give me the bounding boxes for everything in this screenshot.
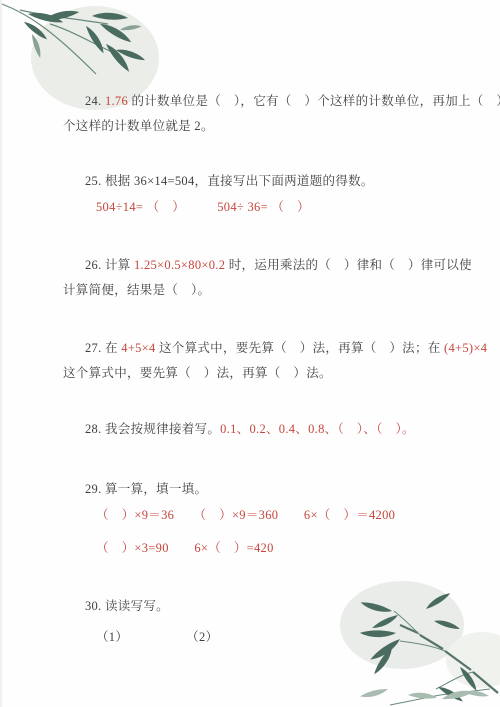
question-30-subitem-1: （1） bbox=[96, 630, 128, 644]
question-26-line-1: 26. 计算 1.25×0.5×80×0.2 时，运用乘法的（ ）律和（ ）律可… bbox=[85, 256, 472, 274]
page-edge-shadow bbox=[0, 0, 2, 707]
question-30-subitem-2: （2） bbox=[186, 628, 218, 646]
question-24-line-1: 24. 1.76 的计数单位是（ ），它有（ ）个这样的计数单位，再加上（ ） bbox=[85, 92, 500, 110]
bamboo-decoration-top-left bbox=[0, 0, 180, 130]
question-25-answer-blanks: 504÷14= （ ） 504÷ 36= （ ） bbox=[96, 198, 310, 216]
worksheet-page: 24. 1.76 的计数单位是（ ），它有（ ）个这样的计数单位，再加上（ ） … bbox=[0, 0, 500, 707]
question-28-line-1: 28. 我会按规律接着写。0.1、0.2、0.4、0.8、（ ）、（ ）。 bbox=[85, 420, 415, 438]
bamboo-leaves-faded bbox=[359, 688, 489, 701]
question-29-equations-row-2: （ ）×3=90 6×（ ）=420 bbox=[96, 539, 274, 557]
question-24-highlight: 1.76 bbox=[105, 94, 128, 108]
bamboo-leaves bbox=[360, 591, 479, 704]
question-24-line-2: 个这样的计数单位就是 2。 bbox=[63, 117, 214, 135]
question-24-number: 24. bbox=[85, 94, 105, 108]
question-27-line-1: 27. 在 4+5×4 这个算式中，要先算（ ）法，再算（ ）法；在 (4+5)… bbox=[85, 339, 487, 357]
question-29-line-1: 29. 算一算，填一填。 bbox=[85, 480, 207, 498]
question-28-sequence: 0.1、0.2、0.4、0.8、（ ）、（ ）。 bbox=[220, 422, 415, 436]
question-30-line-1: 30. 读读写写。 bbox=[85, 597, 169, 615]
ink-wash-blob-faint bbox=[446, 632, 500, 688]
question-26-highlight: 1.25×0.5×80×0.2 bbox=[134, 258, 225, 272]
question-26-line-2: 计算简便，结果是（ ）。 bbox=[63, 281, 210, 299]
question-24-text: 的计数单位是（ ），它有（ ）个这样的计数单位，再加上（ ） bbox=[128, 94, 500, 108]
bamboo-leaves bbox=[23, 8, 146, 74]
question-28-number: 28. 我会按规律接着写。 bbox=[85, 422, 220, 436]
question-25-line-1: 25. 根据 36×14=504，直接写出下面两道题的得数。 bbox=[85, 172, 374, 190]
question-27-number: 27. 在 bbox=[85, 341, 121, 355]
ink-wash-blob bbox=[340, 581, 464, 669]
bamboo-decoration-bottom-right bbox=[330, 575, 500, 707]
question-27-line-2: 这个算式中，要先算（ ）法，再算（ ）法。 bbox=[63, 364, 332, 382]
bamboo-twigs bbox=[390, 611, 490, 705]
question-27-highlight-2: (4+5)×4 bbox=[444, 341, 487, 355]
question-26-number: 26. 计算 bbox=[85, 258, 134, 272]
question-26-text: 时，运用乘法的（ ）律和（ ）律可以使 bbox=[225, 258, 472, 272]
question-27-text: 这个算式中，要先算（ ）法，再算（ ）法；在 bbox=[156, 341, 444, 355]
question-27-highlight-1: 4+5×4 bbox=[121, 341, 155, 355]
question-29-equations-row-1: （ ）×9＝36 （ ）×9＝360 6×（ ）＝4200 bbox=[96, 506, 395, 524]
bamboo-leaves-faded bbox=[31, 25, 141, 59]
bamboo-stalk bbox=[400, 625, 498, 693]
question-30-subitems: （1）（2） bbox=[96, 628, 218, 646]
bamboo-stems bbox=[2, 4, 112, 74]
